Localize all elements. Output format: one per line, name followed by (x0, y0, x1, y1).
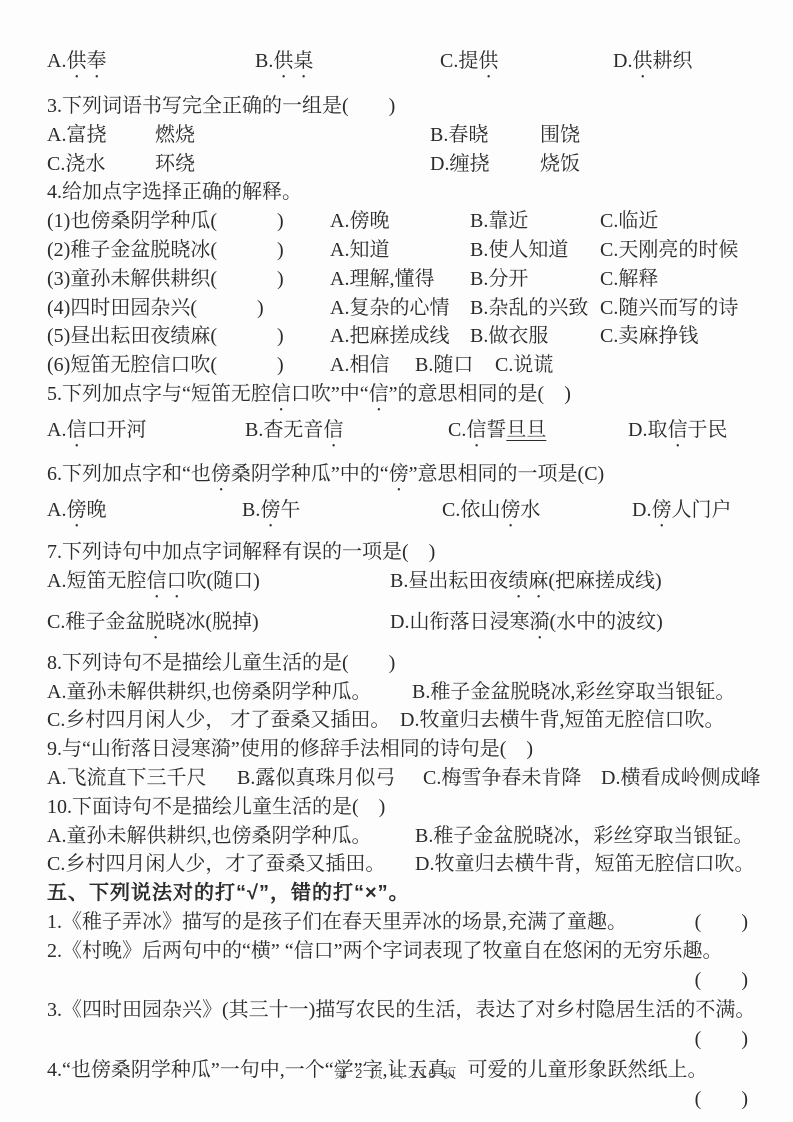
question7-option-c: C.稚子金盆脱晓冰(脱掉) (47, 608, 390, 644)
question6-option-b: B.傍午 (242, 496, 442, 532)
question4-item3-a: A.理解,懂得 (330, 265, 470, 294)
question2-option-d: D.供耕织 (613, 47, 763, 83)
question4-item1-b: B.靠近 (470, 207, 600, 236)
question5-option-c: C.信誓旦旦 (448, 416, 628, 452)
question5-option-b: B.杳无音信 (245, 416, 448, 452)
question4-item1-a: A.傍晚 (330, 207, 470, 236)
question3-option-b: B.春晓 (430, 121, 540, 150)
question2-option-c: C.提供 (440, 47, 613, 83)
question9-option-c: C.梅雪争春未肯降 (423, 764, 601, 793)
question3-option-c: C.浇水 (47, 150, 155, 179)
question7-option-b: B.昼出耘田夜绩麻(把麻搓成线) (390, 567, 763, 603)
question8-option-d: D.牧童归去横牛背,短笛无腔信口吹。 (400, 706, 763, 735)
question10-option-d: D.牧童归去横牛背，短笛无腔信口吹。 (415, 850, 763, 879)
section5-item3-answer-bracket: ( ) (47, 1025, 763, 1054)
question7-options-row2: C.稚子金盆脱晓冰(脱掉) D.山衔落日浸寒漪(水中的波纹) (47, 608, 763, 644)
question5-option-a: A.信口开河 (47, 416, 245, 452)
question8-option-c: C.乡村四月闲人少， 才了蚕桑又插田。 (47, 706, 400, 735)
question6-option-c: C.依山傍水 (442, 496, 632, 532)
question4-item5-a: A.把麻搓成线 (330, 322, 470, 351)
question3-options-row1: A.富挠 燃烧 B.春晓 围饶 (47, 121, 763, 150)
question2-options-row: A.供奉 B.供桌 C.提供 D.供耕织 (47, 47, 763, 83)
page-footer: 第 2 页 共 110 页 (0, 1063, 793, 1082)
question8-options-row1: A.童孙未解供耕织,也傍桑阴学种瓜。 B.稚子金盆脱晓冰,彩丝穿取当银钲。 (47, 678, 763, 707)
question10-option-c: C.乡村四月闲人少，才了蚕桑又插田。 (47, 850, 415, 879)
question5-stem: 5.下列加点字与“短笛无腔信口吹”中“信”的意思相同的是( ) (47, 380, 763, 416)
question4-item4: (4)四时田园杂兴( ) A.复杂的心情 B.杂乱的兴致 C.随兴而写的诗 (47, 294, 763, 323)
question4-item3: (3)童孙未解供耕织( ) A.理解,懂得 B.分开 C.解释 (47, 265, 763, 294)
question4-item2-c: C.天刚亮的时候 (600, 236, 763, 265)
question4-item1-c: C.临近 (600, 207, 763, 236)
question4-item3-stem: (3)童孙未解供耕织( ) (47, 265, 330, 294)
question8-options-row2: C.乡村四月闲人少， 才了蚕桑又插田。 D.牧童归去横牛背,短笛无腔信口吹。 (47, 706, 763, 735)
question10-options-row2: C.乡村四月闲人少，才了蚕桑又插田。 D.牧童归去横牛背，短笛无腔信口吹。 (47, 850, 763, 879)
question6-stem: 6.下列加点字和“也傍桑阴学种瓜”中的“傍”意思相同的一项是(C) (47, 460, 763, 496)
question6-options-row: A.傍晚 B.傍午 C.依山傍水 D.傍人门户 (47, 496, 763, 532)
question4-item1: (1)也傍桑阴学种瓜( ) A.傍晚 B.靠近 C.临近 (47, 207, 763, 236)
section5-item1-answer-bracket: ( ) (695, 908, 763, 937)
section5-item2-answer-bracket: ( ) (47, 966, 763, 995)
question7-options-row1: A.短笛无腔信口吹(随口) B.昼出耘田夜绩麻(把麻搓成线) (47, 567, 763, 603)
question7-stem: 7.下列诗句中加点字词解释有误的一项是( ) (47, 538, 763, 567)
question4-item3-b: B.分开 (470, 265, 600, 294)
question5-option-d: D.取信于民 (628, 416, 763, 452)
exam-page: A.供奉 B.供桌 C.提供 D.供耕织 3.下列词语书写完全正确的一组是( )… (0, 0, 793, 1122)
section5-item4-answer-bracket: ( ) (47, 1085, 763, 1114)
question4-item5-stem: (5)昼出耘田夜绩麻( ) (47, 322, 330, 351)
question10-options-row1: A.童孙未解供耕织,也傍桑阴学种瓜。 B.稚子金盆脱晓冰，彩丝穿取当银钲。 (47, 822, 763, 851)
question3-stem: 3.下列词语书写完全正确的一组是( ) (47, 92, 763, 121)
question8-stem: 8.下列诗句不是描绘儿童生活的是( ) (47, 649, 763, 678)
question4-item6-a: A.相信 (330, 351, 415, 380)
question3-option-b2: 围饶 (540, 121, 763, 150)
question4-item1-stem: (1)也傍桑阴学种瓜( ) (47, 207, 330, 236)
question10-option-b: B.稚子金盆脱晓冰，彩丝穿取当银钲。 (415, 822, 763, 851)
question4-item2-b: B.使人知道 (470, 236, 600, 265)
question4-item5: (5)昼出耘田夜绩麻( ) A.把麻搓成线 B.做衣服 C.卖麻挣钱 (47, 322, 763, 351)
question4-item4-stem: (4)四时田园杂兴( ) (47, 294, 330, 323)
question4-item6: (6)短笛无腔信口吹( ) A.相信 B.随口 C.说谎 (47, 351, 763, 380)
question7-option-d: D.山衔落日浸寒漪(水中的波纹) (390, 608, 763, 644)
question9-stem: 9.与“山衔落日浸寒漪”使用的修辞手法相同的诗句是( ) (47, 735, 763, 764)
section5-item3-text: 3.《四时田园杂兴》(其三十一)描写农民的生活，表达了对乡村隐居生活的不满。 (47, 996, 763, 1025)
question4-item2: (2)稚子金盆脱晓冰( ) A.知道 B.使人知道 C.天刚亮的时候 (47, 236, 763, 265)
question4-title: 4.给加点字选择正确的解释。 (47, 178, 763, 207)
question3-option-a: A.富挠 (47, 121, 155, 150)
question2-option-a: A.供奉 (47, 47, 255, 83)
question4-item6-stem: (6)短笛无腔信口吹( ) (47, 351, 330, 380)
question4-item6-b: B.随口 (415, 351, 495, 380)
section5-item1: 1.《稚子弄冰》描写的是孩子们在春天里弄冰的场景,充满了童趣。 ( ) (47, 908, 763, 937)
question9-option-d: D.横看成岭侧成峰 (601, 764, 763, 793)
question5-options-row: A.信口开河 B.杳无音信 C.信誓旦旦 D.取信于民 (47, 416, 763, 452)
question3-option-d: D.缠挠 (430, 150, 540, 179)
question4-item6-c: C.说谎 (495, 351, 763, 380)
question4-item4-b: B.杂乱的兴致 (470, 294, 600, 323)
question4-item2-a: A.知道 (330, 236, 470, 265)
section5-item2-text: 2.《村晚》后两句中的“横” “信口”两个字词表现了牧童自在悠闲的无穷乐趣。 (47, 937, 763, 966)
question6-option-d: D.傍人门户 (632, 496, 763, 532)
question4-item2-stem: (2)稚子金盆脱晓冰( ) (47, 236, 330, 265)
question9-option-a: A.飞流直下三千尺 (47, 764, 237, 793)
question3-option-c2: 环绕 (155, 150, 430, 179)
question3-options-row2: C.浇水 环绕 D.缠挠 烧饭 (47, 150, 763, 179)
question10-option-a: A.童孙未解供耕织,也傍桑阴学种瓜。 (47, 822, 415, 851)
question4-item4-a: A.复杂的心情 (330, 294, 470, 323)
section5-item1-text: 1.《稚子弄冰》描写的是孩子们在春天里弄冰的场景,充满了童趣。 (47, 908, 627, 937)
question9-options-row: A.飞流直下三千尺 B.露似真珠月似弓 C.梅雪争春未肯降 D.横看成岭侧成峰 (47, 764, 763, 793)
section5-title: 五、下列说法对的打“√”，错的打“×”。 (47, 879, 763, 908)
question8-option-b: B.稚子金盆脱晓冰,彩丝穿取当银钲。 (412, 678, 763, 707)
question4-item4-c: C.随兴而写的诗 (600, 294, 763, 323)
question3-option-d2: 烧饭 (540, 150, 763, 179)
question4-item5-c: C.卖麻挣钱 (600, 322, 763, 351)
question4-item5-b: B.做衣服 (470, 322, 600, 351)
question2-option-b: B.供桌 (255, 47, 440, 83)
question4-item3-c: C.解释 (600, 265, 763, 294)
question10-stem: 10.下面诗句不是描绘儿童生活的是( ) (47, 793, 763, 822)
question7-option-a: A.短笛无腔信口吹(随口) (47, 567, 390, 603)
question6-option-a: A.傍晚 (47, 496, 242, 532)
question3-option-a2: 燃烧 (155, 121, 430, 150)
question8-option-a: A.童孙未解供耕织,也傍桑阴学种瓜。 (47, 678, 412, 707)
question9-option-b: B.露似真珠月似弓 (237, 764, 423, 793)
